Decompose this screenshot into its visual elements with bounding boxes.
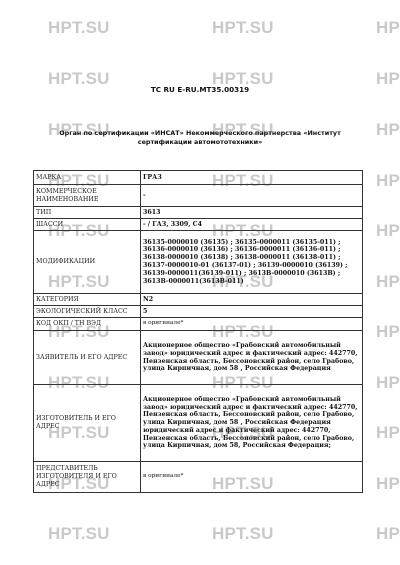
watermark-text: HPT.SU <box>376 424 400 441</box>
watermark-text: HPT.SU <box>212 19 274 36</box>
table-row-manufacturer: ИЗГОТОВИТЕЛЬ И ЕГО АДРЕС Акционерное общ… <box>34 385 363 462</box>
table-row-modifications: МОДИФИКАЦИИ 36135-0000010 (36135) ; 3613… <box>34 231 363 294</box>
table-row-commercial-name: КОММЕРЧЕСКОЕ НАИМЕНОВАНИЕ - <box>34 185 363 207</box>
table-row-okp-code: КОД ОКП / ТН ВЭД в оригинале* <box>34 318 363 331</box>
row-value: в оригинале* <box>141 462 363 493</box>
watermark-text: HPT.SU <box>376 374 400 391</box>
row-label: МАРКА <box>34 171 141 185</box>
row-value: N2 <box>141 294 363 306</box>
table-row-chassis: ШАССИ - / ГАЗ, 3309, С4 <box>34 219 363 231</box>
row-label: ПРЕДСТАВИТЕЛЬ ИЗГОТОВИТЕЛЯ И ЕГО АДРЕС <box>34 462 141 493</box>
certificate-number: TC RU E-RU.MT35.00319 <box>0 85 400 94</box>
row-label: ТИП <box>34 207 141 219</box>
row-value: - / ГАЗ, 3309, С4 <box>141 219 363 231</box>
watermark-text: HPT.SU <box>376 475 400 492</box>
row-label: КОММЕРЧЕСКОЕ НАИМЕНОВАНИЕ <box>34 185 141 207</box>
table-row-brand: МАРКА ГРАЗ <box>34 171 363 185</box>
row-label: ЗАЯВИТЕЛЬ И ЕГО АДРЕС <box>34 331 141 385</box>
table-row-eco-class: ЭКОЛОГИЧЕСКИЙ КЛАСС 5 <box>34 306 363 318</box>
table-row-category: КАТЕГОРИЯ N2 <box>34 294 363 306</box>
watermark-text: HPT.SU <box>376 273 400 290</box>
row-value: Акционерное общество «Грабовский автомоб… <box>141 385 363 462</box>
row-value: 3613 <box>141 207 363 219</box>
row-label: ШАССИ <box>34 219 141 231</box>
row-value: в оригинале* <box>141 318 363 331</box>
watermark-text: HPT.SU <box>48 525 110 542</box>
row-label: КАТЕГОРИЯ <box>34 294 141 306</box>
row-label: ИЗГОТОВИТЕЛЬ И ЕГО АДРЕС <box>34 385 141 462</box>
row-value: - <box>141 185 363 207</box>
row-value: ГРАЗ <box>141 171 363 185</box>
row-label: КОД ОКП / ТН ВЭД <box>34 318 141 331</box>
row-label: ЭКОЛОГИЧЕСКИЙ КЛАСС <box>34 306 141 318</box>
watermark-text: HPT.SU <box>376 121 400 138</box>
watermark-text: HPT.SU <box>376 172 400 189</box>
row-value: Акционерное общество «Грабовский автомоб… <box>141 331 363 385</box>
table-row-representative: ПРЕДСТАВИТЕЛЬ ИЗГОТОВИТЕЛЯ И ЕГО АДРЕС в… <box>34 462 363 493</box>
certification-body: Орган по сертификации «ИНСАТ» Некоммерче… <box>50 129 350 147</box>
certificate-table: МАРКА ГРАЗ КОММЕРЧЕСКОЕ НАИМЕНОВАНИЕ - Т… <box>33 170 363 493</box>
watermark-text: HPT.SU <box>48 19 110 36</box>
watermark-text: HPT.SU <box>212 525 274 542</box>
table-row-applicant: ЗАЯВИТЕЛЬ И ЕГО АДРЕС Акционерное общест… <box>34 331 363 385</box>
row-label: МОДИФИКАЦИИ <box>34 231 141 294</box>
table-row-type: ТИП 3613 <box>34 207 363 219</box>
watermark-text: HPT.SU <box>376 525 400 542</box>
row-value: 5 <box>141 306 363 318</box>
watermark-text: HPT.SU <box>376 323 400 340</box>
watermark-text: HPT.SU <box>376 19 400 36</box>
row-value: 36135-0000010 (36135) ; 36135-0000011 (3… <box>141 231 363 294</box>
watermark-text: HPT.SU <box>376 222 400 239</box>
